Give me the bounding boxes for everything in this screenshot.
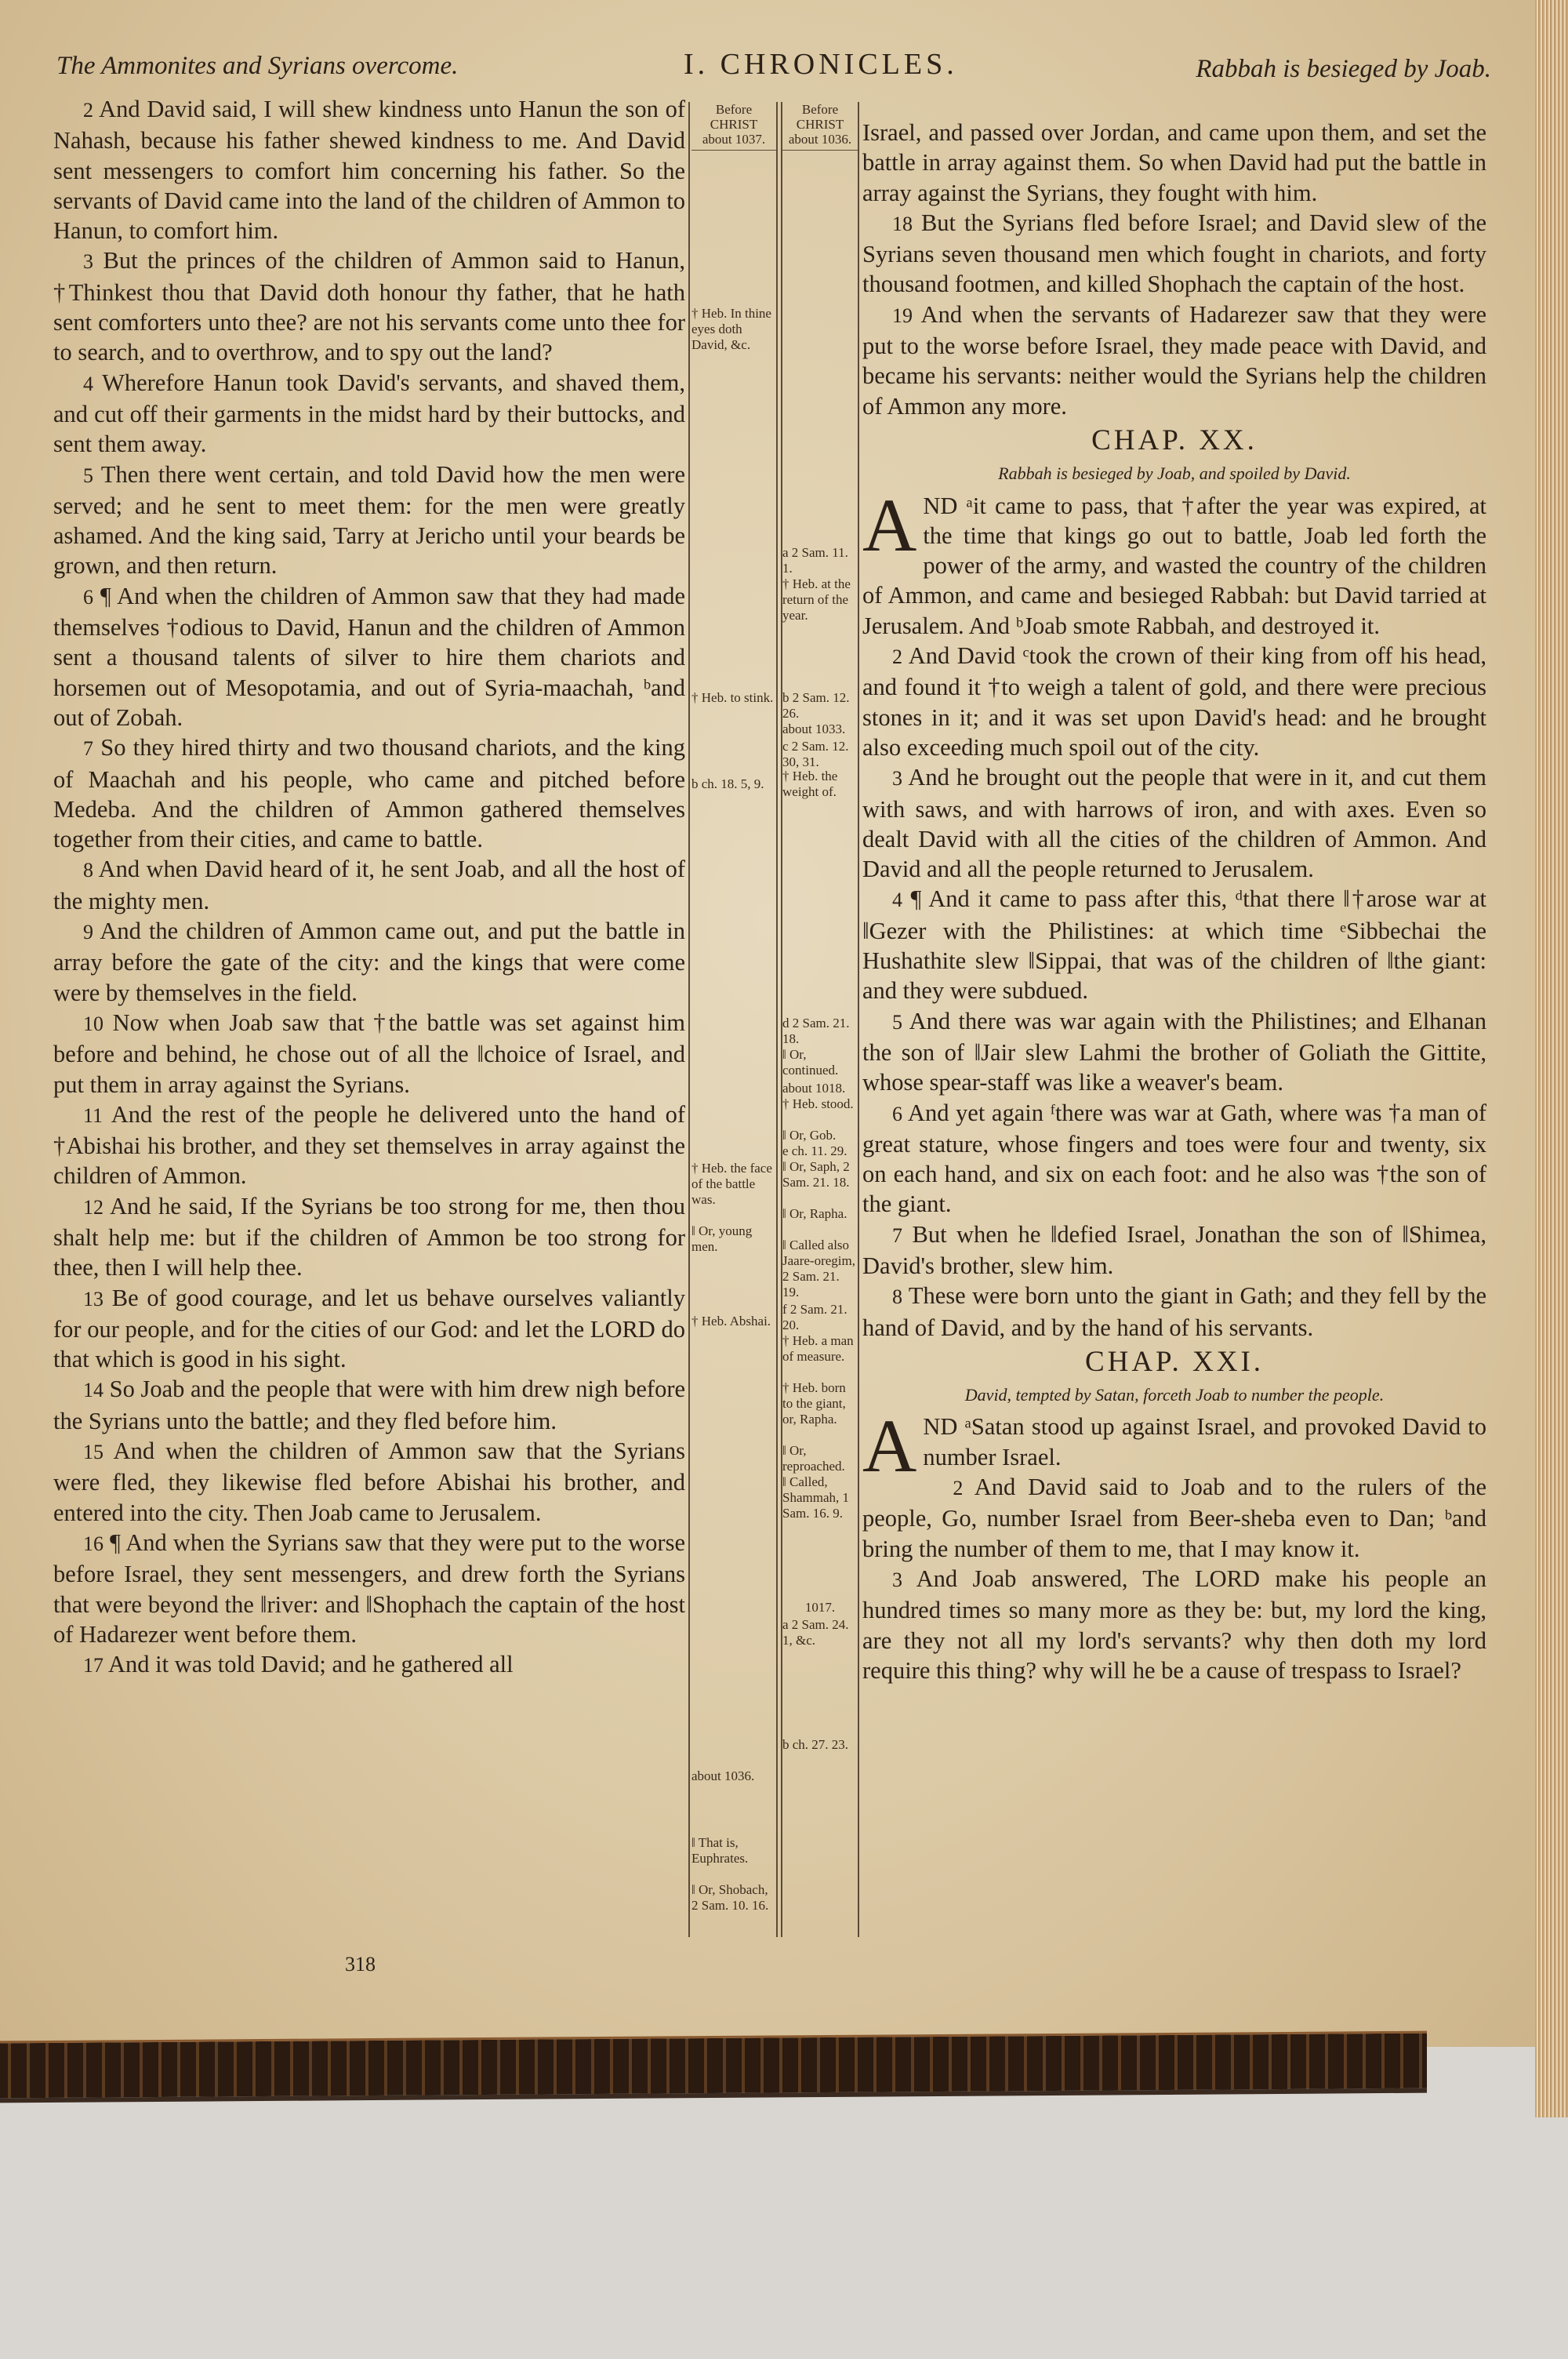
chapter-opening: AND ᵃit came to pass, that †after the ye… xyxy=(862,491,1486,641)
verse: 8 And when David heard of it, he sent Jo… xyxy=(53,854,685,916)
margin-note: † Heb. born to the giant, or, Rapha. xyxy=(782,1380,858,1427)
verse: 8 These were born unto the giant in Gath… xyxy=(862,1281,1486,1343)
book-page: The Ammonites and Syrians overcome. I. C… xyxy=(0,0,1535,2047)
running-head-left: The Ammonites and Syrians overcome. xyxy=(56,52,458,81)
verse: 14 So Joab and the people that were with… xyxy=(53,1374,685,1436)
margin-note: † Heb. Abshai. xyxy=(691,1314,776,1329)
drop-cap: A xyxy=(862,494,916,557)
margin-rule xyxy=(776,102,778,1937)
margin-note: ‖ That is, Euphrates. xyxy=(691,1835,776,1866)
verse: 6 And yet again ᶠthere was war at Gath, … xyxy=(862,1098,1486,1219)
chapter-summary: Rabbah is besieged by Joab, and spoiled … xyxy=(862,459,1486,489)
verse: 9 And the children of Ammon came out, an… xyxy=(53,916,685,1008)
margin-note: ‖ Or, Rapha. xyxy=(782,1206,858,1222)
margin-note: 1017. xyxy=(782,1600,858,1616)
chapter-summary: David, tempted by Satan, forceth Joab to… xyxy=(862,1380,1486,1410)
margin-note: † Heb. stood. xyxy=(782,1096,858,1112)
margin-note: † Heb. the weight of. xyxy=(782,769,858,800)
verse: 10 Now when Joab saw that †the battle wa… xyxy=(53,1008,685,1100)
margin-note: c 2 Sam. 12. 30, 31. xyxy=(782,739,858,770)
verse: 4 ¶ And it came to pass after this, ᵈtha… xyxy=(862,884,1486,1005)
running-head-right: Rabbah is besieged by Joab. xyxy=(1196,55,1491,84)
margin-note: about 1018. xyxy=(782,1081,858,1096)
verse: 5 Then there went certain, and told Davi… xyxy=(53,460,685,581)
verse: 3 But the princes of the children of Amm… xyxy=(53,245,685,367)
verse: 3 And he brought out the people that wer… xyxy=(862,762,1486,884)
margin-note: b ch. 27. 23. xyxy=(782,1737,858,1753)
margin-note: ‖ Or, Gob. xyxy=(782,1128,858,1143)
margin-note: ‖ Or, Shobach, 2 Sam. 10. 16. xyxy=(691,1882,776,1914)
verse: 2 And David ᶜtook the crown of their kin… xyxy=(862,641,1486,762)
margin-date-header: Before CHRIST about 1037. xyxy=(691,102,776,151)
verse: 3 And Joab answered, The LORD make his p… xyxy=(862,1564,1486,1685)
margin-note: about 1036. xyxy=(691,1768,776,1784)
verse: 15 And when the children of Ammon saw th… xyxy=(53,1436,685,1528)
margin-rule xyxy=(858,102,859,1937)
verse: 18 But the Syrians fled before Israel; a… xyxy=(862,208,1486,300)
margin-note: b 2 Sam. 12. 26. xyxy=(782,690,858,722)
verse: 6 ¶ And when the children of Ammon saw t… xyxy=(53,581,685,732)
margin-note: † Heb. to stink. xyxy=(691,690,776,706)
verse: 2 And David said to Joab and to the rule… xyxy=(862,1472,1486,1564)
margin-note: a 2 Sam. 24. 1, &c. xyxy=(782,1617,858,1648)
margin-note: ‖ Or, young men. xyxy=(691,1223,776,1255)
page-edges xyxy=(1535,0,1568,2117)
margin-note: ‖ Called also Jaare-oregim, 2 Sam. 21. 1… xyxy=(782,1238,858,1300)
margin-date-header: Before CHRIST about 1036. xyxy=(782,102,858,151)
verse: 4 Wherefore Hanun took David's servants,… xyxy=(53,368,685,460)
chapter-heading: CHAP. XXI. xyxy=(862,1347,1486,1377)
verse: 5 And there was war again with the Phili… xyxy=(862,1006,1486,1098)
verse-continuation: Israel, and passed over Jordan, and came… xyxy=(862,118,1486,208)
verse: 7 So they hired thirty and two thousand … xyxy=(53,732,685,854)
margin-note: † Heb. In thine eyes doth David, &c. xyxy=(691,306,776,353)
verse: 19 And when the servants of Hadarezer sa… xyxy=(862,300,1486,421)
margin-note: e ch. 11. 29. xyxy=(782,1143,858,1159)
margin-note: about 1033. xyxy=(782,722,858,737)
left-margin-notes: Before CHRIST about 1037. † Heb. In thin… xyxy=(691,102,776,1937)
margin-note: ‖ Or, Saph, 2 Sam. 21. 18. xyxy=(782,1159,858,1190)
margin-note: † Heb. the face of the battle was. xyxy=(691,1161,776,1208)
margin-note: † Heb. a man of measure. xyxy=(782,1333,858,1365)
margin-note: f 2 Sam. 21. 20. xyxy=(782,1302,858,1333)
margin-note: a 2 Sam. 11. 1. xyxy=(782,545,858,576)
margin-note: † Heb. at the return of the year. xyxy=(782,576,858,623)
verse: 16 ¶ And when the Syrians saw that they … xyxy=(53,1528,685,1649)
drop-cap: A xyxy=(862,1415,916,1478)
verse: 17 And it was told David; and he gathere… xyxy=(53,1649,685,1681)
book-title: I. CHRONICLES. xyxy=(684,47,958,82)
margin-note: ‖ Or, reproached. xyxy=(782,1443,858,1474)
running-head: The Ammonites and Syrians overcome. I. C… xyxy=(56,47,1491,94)
book-binding-edge xyxy=(0,2031,1427,2103)
chapter-opening: AND ᵃSatan stood up against Israel, and … xyxy=(862,1412,1486,1472)
margin-note: d 2 Sam. 21. 18. xyxy=(782,1016,858,1047)
right-margin-notes: Before CHRIST about 1036. a 2 Sam. 11. 1… xyxy=(782,102,858,1937)
margin-note: ‖ Called, Shammah, 1 Sam. 16. 9. xyxy=(782,1474,858,1521)
margin-note: b ch. 18. 5, 9. xyxy=(691,776,776,792)
verse: 2 And David said, I will shew kindness u… xyxy=(53,94,685,245)
verse: 11 And the rest of the people he deliver… xyxy=(53,1100,685,1191)
page-number: 318 xyxy=(345,1953,376,1976)
margin-rule xyxy=(688,102,690,1937)
verse: 7 But when he ‖defied Israel, Jonathan t… xyxy=(862,1219,1486,1281)
right-text-column: Israel, and passed over Jordan, and came… xyxy=(862,118,1486,1685)
verse: 12 And he said, If the Syrians be too st… xyxy=(53,1191,685,1283)
chapter-heading: CHAP. XX. xyxy=(862,426,1486,456)
left-text-column: 2 And David said, I will shew kindness u… xyxy=(53,94,685,1681)
verse: 13 Be of good courage, and let us behave… xyxy=(53,1283,685,1375)
margin-note: ‖ Or, continued. xyxy=(782,1047,858,1078)
